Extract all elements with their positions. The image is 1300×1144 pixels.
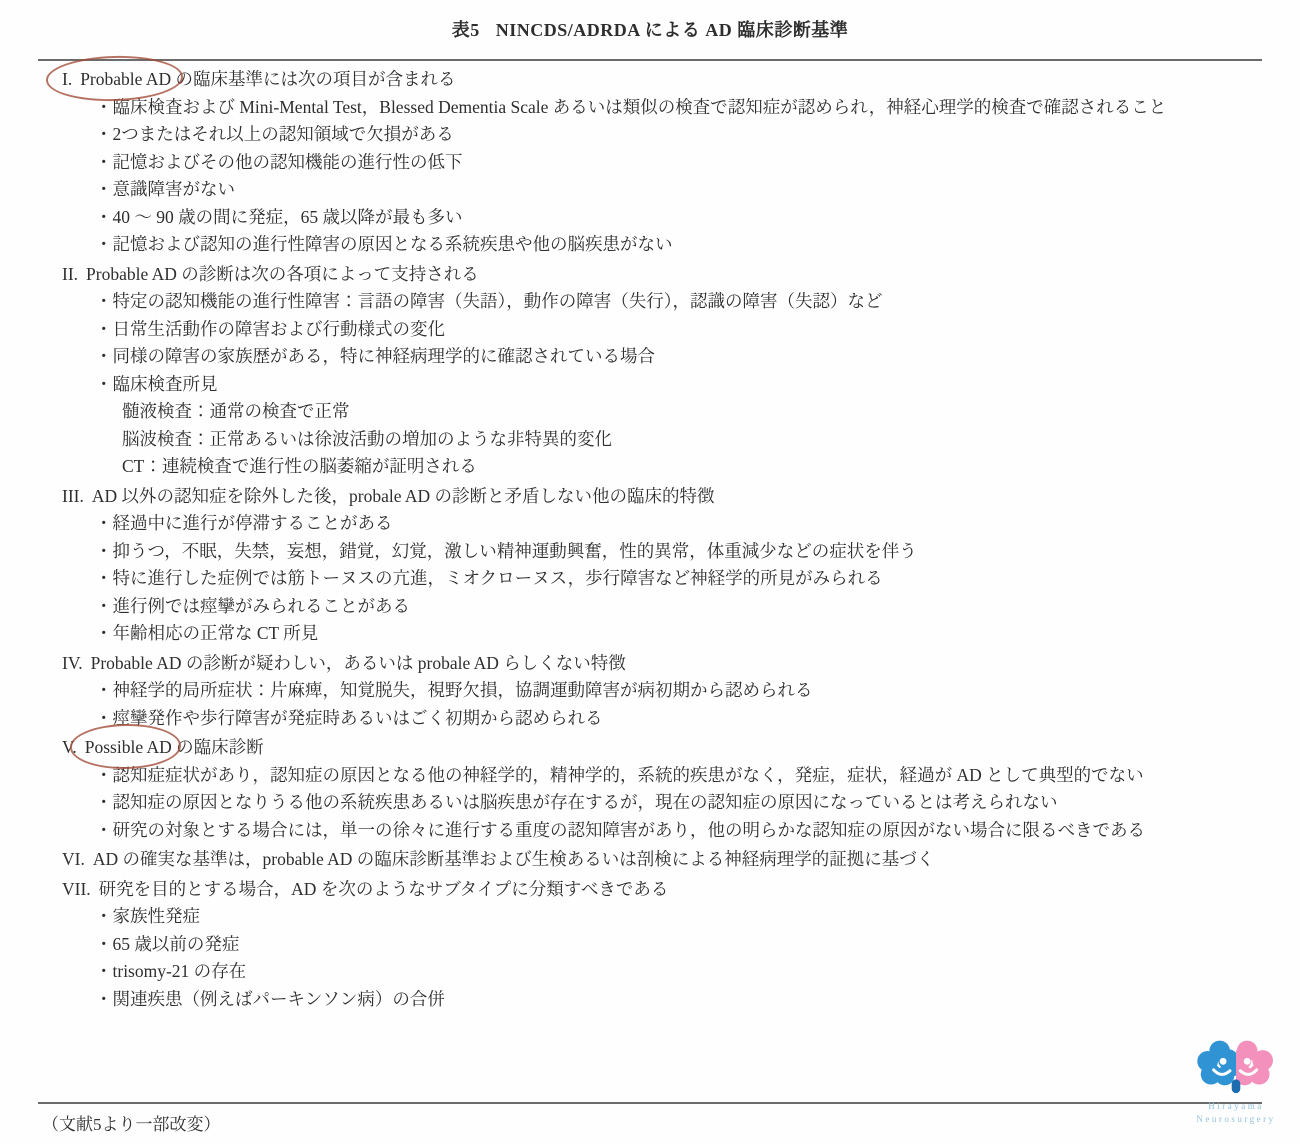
- section-numeral: IV.: [62, 650, 83, 678]
- criteria-item: ・記憶および認知の進行性障害の原因となる系統疾患や他の脳疾患がない: [95, 231, 1232, 259]
- criteria-item: ・経過中に進行が停滞することがある: [95, 510, 1232, 538]
- criteria-item: ・痙攣発作や歩行障害が発症時あるいはごく初期から認められる: [95, 705, 1232, 733]
- table-number: 表5: [452, 20, 480, 40]
- section-heading: II.Probable AD の診断は次の各項によって支持される: [0, 261, 1300, 289]
- clinic-logo: Hirayama Neurosurgery: [1176, 1038, 1296, 1126]
- criteria-item: ・進行例では痙攣がみられることがある: [95, 593, 1232, 621]
- section-numeral: VI.: [62, 846, 85, 874]
- criteria-item: ・年齢相応の正常な CT 所見: [95, 620, 1232, 648]
- heading-english: Possible AD: [85, 737, 172, 757]
- criteria-item: ・研究の対象とする場合には，単一の徐々に進行する重度の認知障害があり，他の明らか…: [95, 817, 1232, 845]
- section-numeral: V.: [62, 734, 77, 762]
- criteria-item: ・家族性発症: [95, 903, 1232, 931]
- section-numeral: I.: [62, 66, 72, 94]
- heading-english: Probable AD: [80, 69, 171, 89]
- criteria-subitem: 髄液検査：通常の検査で正常: [122, 398, 1300, 426]
- brain-smiley-icon: [1193, 1038, 1279, 1100]
- section-numeral: III.: [62, 483, 84, 511]
- heading-text: AD の確実な基準は，probable AD の臨床診断基準および生検あるいは剖…: [93, 849, 934, 869]
- criteria-item: ・抑うつ，不眠，失禁，妄想，錯覚，幻覚，激しい精神運動興奮，性的異常，体重減少な…: [95, 538, 1232, 566]
- section-numeral: VII.: [62, 876, 91, 904]
- section-2-supporting-findings: II.Probable AD の診断は次の各項によって支持される ・特定の認知機…: [0, 261, 1300, 481]
- criteria-item: ・日常生活動作の障害および行動様式の変化: [95, 316, 1232, 344]
- section-heading: IV.Probable AD の診断が疑わしい，あるいは probale AD …: [0, 650, 1300, 678]
- section-3-consistent-features: III.AD 以外の認知症を除外した後，probale AD の診断と矛盾しない…: [0, 483, 1300, 648]
- heading-text: 研究を目的とする場合，AD を次のようなサブタイプに分類すべきである: [99, 879, 669, 899]
- criteria-subitem: 脳波検査：正常あるいは徐波活動の増加のような非特異的変化: [122, 426, 1300, 454]
- section-heading: VI.AD の確実な基準は，probable AD の臨床診断基準および生検ある…: [0, 846, 1300, 874]
- heading-rest: の臨床診断: [176, 737, 264, 757]
- section-7-subtypes: VII.研究を目的とする場合，AD を次のようなサブタイプに分類すべきである ・…: [0, 876, 1300, 1014]
- source-footnote: （文献5より一部改変）: [42, 1110, 221, 1135]
- criteria-subitem: CT：連続検査で進行性の脳萎縮が証明される: [122, 453, 1300, 481]
- circled-phrase: Possible AD: [85, 734, 172, 762]
- section-heading: V.Possible AD の臨床診断: [0, 734, 1300, 762]
- criteria-item: ・65 歳以前の発症: [95, 931, 1232, 959]
- section-heading: I.Probable AD の臨床基準には次の項目が含まれる: [0, 66, 1300, 94]
- section-4-unlikely-features: IV.Probable AD の診断が疑わしい，あるいは probale AD …: [0, 650, 1300, 733]
- circled-phrase: Probable AD: [80, 66, 171, 94]
- criteria-item: ・認知症の原因となりうる他の系統疾患あるいは脳疾患が存在するが，現在の認知症の原…: [95, 789, 1232, 817]
- criteria-item: ・特に進行した症例では筋トーヌスの亢進，ミオクローヌス，歩行障害など神経学的所見…: [95, 565, 1232, 593]
- criteria-item: ・特定の認知機能の進行性障害：言語の障害（失語），動作の障害（失行），認識の障害…: [95, 288, 1232, 316]
- section-numeral: II.: [62, 261, 78, 289]
- section-1-probable-ad-criteria: I.Probable AD の臨床基準には次の項目が含まれる ・臨床検査および …: [0, 66, 1300, 259]
- criteria-item: ・trisomy-21 の存在: [95, 958, 1232, 986]
- bottom-rule: [38, 1102, 1262, 1104]
- section-5-possible-ad: V.Possible AD の臨床診断 ・認知症症状があり，認知症の原因となる他…: [0, 734, 1300, 844]
- heading-text: Probable AD の診断は次の各項によって支持される: [86, 264, 479, 284]
- criteria-item: ・2つまたはそれ以上の認知領域で欠損がある: [95, 121, 1232, 149]
- heading-text: Probable AD の診断が疑わしい，あるいは probale AD らしく…: [91, 653, 626, 673]
- heading-text: AD 以外の認知症を除外した後，probale AD の診断と矛盾しない他の臨床…: [92, 486, 715, 506]
- clinic-name-line1: Hirayama: [1176, 1100, 1296, 1113]
- section-heading: VII.研究を目的とする場合，AD を次のようなサブタイプに分類すべきである: [0, 876, 1300, 904]
- criteria-item: ・40 ～ 90 歳の間に発症，65 歳以降が最も多い: [95, 204, 1232, 232]
- criteria-item: ・臨床検査および Mini-Mental Test，Blessed Dement…: [95, 94, 1232, 122]
- criteria-item: ・神経学的局所症状：片麻痺，知覚脱失，視野欠損，協調運動障害が病初期から認められ…: [95, 677, 1232, 705]
- criteria-table-body: I.Probable AD の臨床基準には次の項目が含まれる ・臨床検査および …: [0, 66, 1300, 1015]
- criteria-item: ・記憶およびその他の認知機能の進行性の低下: [95, 149, 1232, 177]
- clinic-name-line2: Neurosurgery: [1176, 1113, 1296, 1126]
- table-title-text: NINCDS/ADRDA による AD 臨床診断基準: [496, 20, 849, 40]
- criteria-item: ・意識障害がない: [95, 176, 1232, 204]
- page-title: 表5NINCDS/ADRDA による AD 臨床診断基準: [0, 16, 1300, 42]
- criteria-item: ・関連疾患（例えばパーキンソン病）の合併: [95, 986, 1232, 1014]
- criteria-item: ・臨床検査所見: [95, 371, 1232, 399]
- section-6-definite-ad: VI.AD の確実な基準は，probable AD の臨床診断基準および生検ある…: [0, 846, 1300, 874]
- section-heading: III.AD 以外の認知症を除外した後，probale AD の診断と矛盾しない…: [0, 483, 1300, 511]
- criteria-item: ・同様の障害の家族歴がある，特に神経病理学的に確認されている場合: [95, 343, 1232, 371]
- top-rule: [38, 59, 1262, 61]
- heading-rest: の臨床基準には次の項目が含まれる: [175, 69, 455, 89]
- criteria-item: ・認知症症状があり，認知症の原因となる他の神経学的，精神学的，系統的疾患がなく，…: [95, 762, 1232, 790]
